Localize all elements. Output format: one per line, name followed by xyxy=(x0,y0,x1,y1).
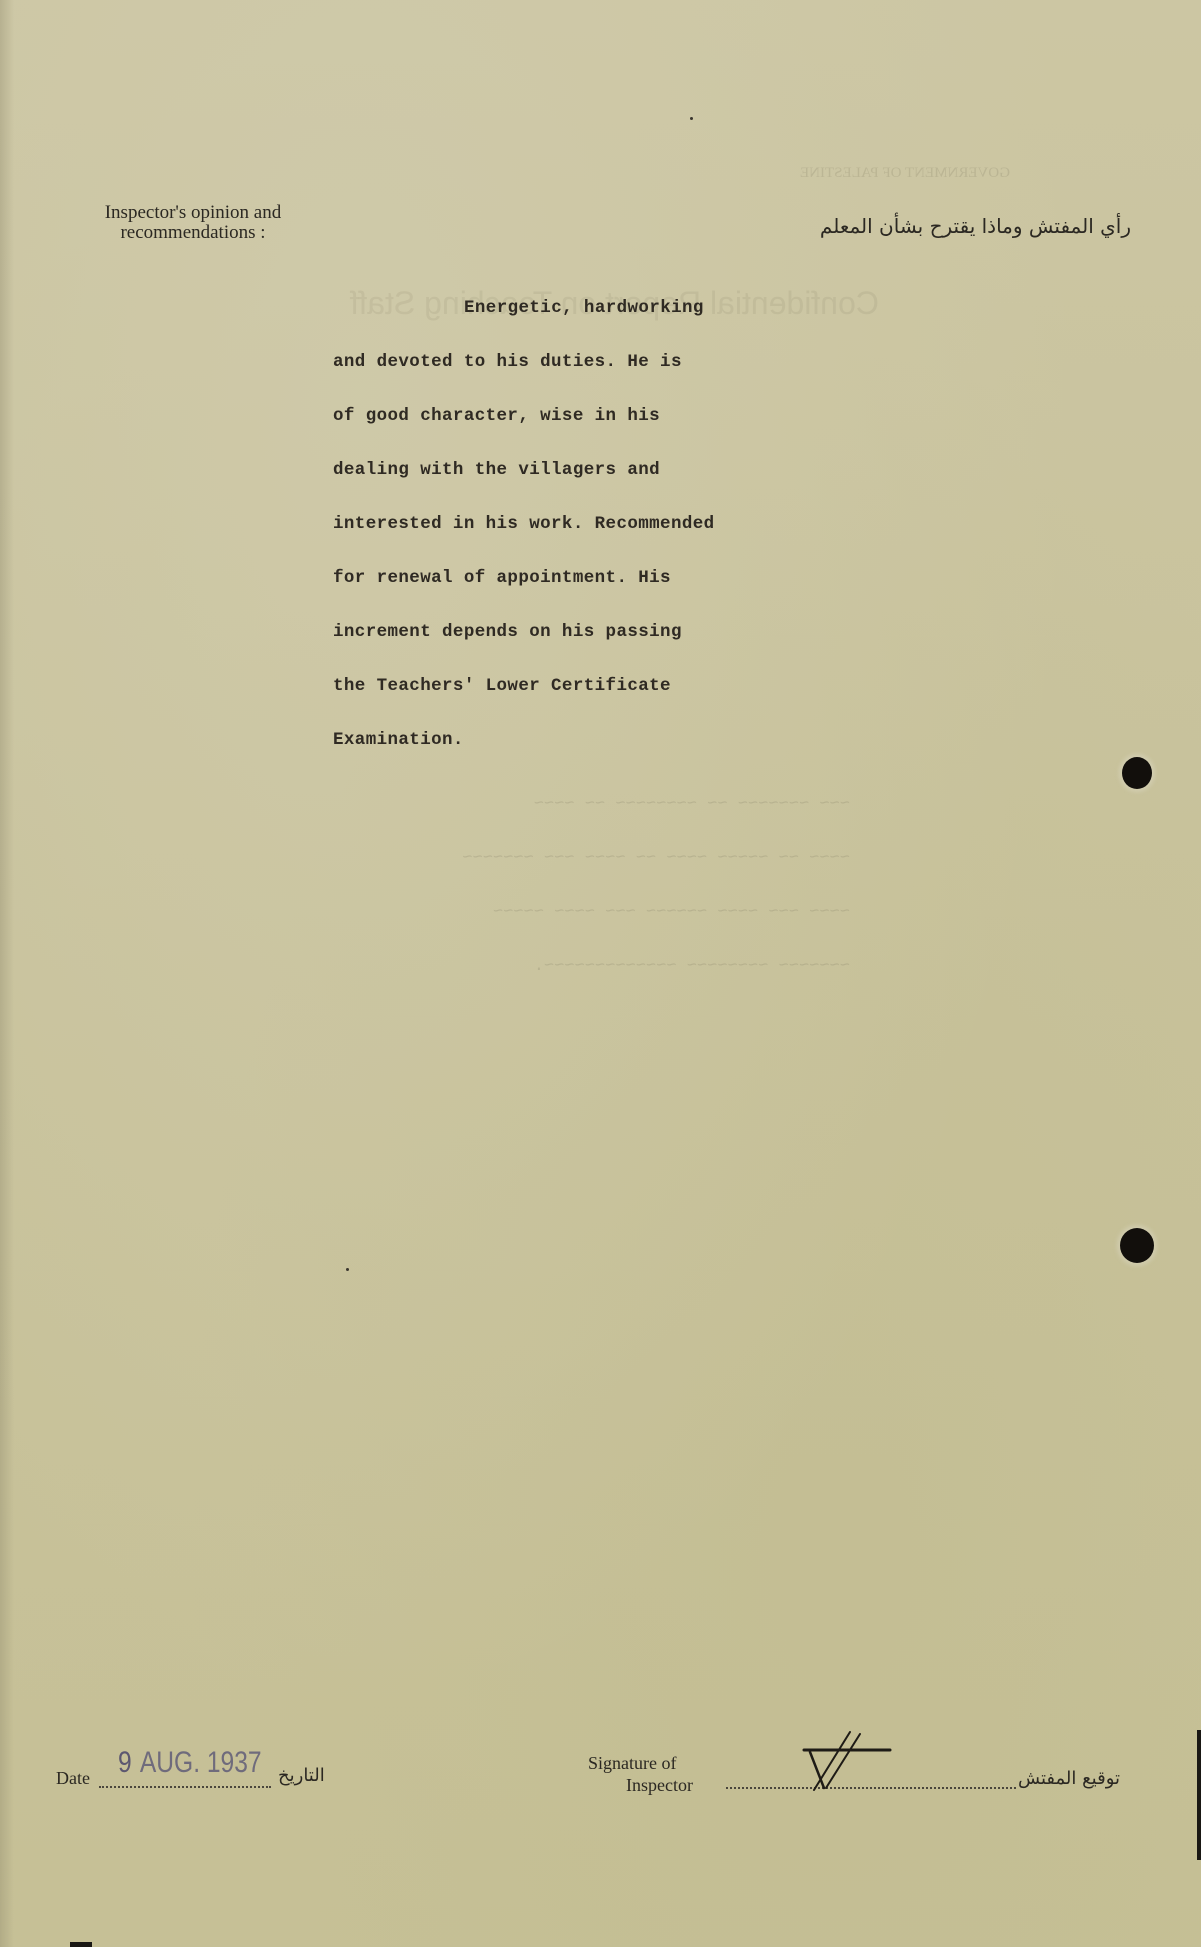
typed-line: Energetic, hardworking xyxy=(333,281,893,335)
inspector-signature-icon xyxy=(790,1728,900,1798)
inspector-opinion-label-arabic: رأي المفتش وماذا يقترح بشأن المعلم xyxy=(820,214,1131,238)
date-stamp: 9AUG. 1937 xyxy=(118,1746,262,1780)
signature-label-line1: Signature of xyxy=(588,1753,676,1773)
paper-speck xyxy=(346,1268,349,1271)
typed-line: dealing with the villagers and xyxy=(333,443,893,497)
inspector-opinion-label: Inspector's opinion and recommendations … xyxy=(58,203,328,243)
paper-left-edge-shadow xyxy=(0,0,14,1947)
punch-hole-upper-icon xyxy=(1122,757,1152,789)
signature-label: Signature of Inspector xyxy=(588,1752,693,1796)
inspector-opinion-text: Energetic, hardworking and devoted to hi… xyxy=(333,281,893,767)
inspector-opinion-label-line2: recommendations : xyxy=(58,223,328,243)
punch-hole-lower-icon xyxy=(1120,1228,1154,1263)
document-page: GOVERNMENT OF PALESTINE Confidential Rep… xyxy=(0,0,1201,1947)
signature-label-arabic: توقيع المفتش xyxy=(1018,1768,1120,1789)
typed-line: of good character, wise in his xyxy=(333,389,893,443)
signature-label-line2: Inspector xyxy=(588,1774,693,1796)
paper-bottom-mark xyxy=(70,1942,92,1947)
paper-right-edge-shadow xyxy=(1197,1730,1201,1860)
typed-line: for renewal of appointment. His xyxy=(333,551,893,605)
typed-line: Examination. xyxy=(333,713,893,767)
inspector-opinion-label-line1: Inspector's opinion and xyxy=(58,203,328,223)
date-label: Date xyxy=(56,1768,90,1789)
bleed-through-paragraph: ~~~ ~~~~~~~ ~~ ~~~~~~~~ ~~ ~~~~ ~~~~ ~~ … xyxy=(330,778,850,994)
bleed-through-header: GOVERNMENT OF PALESTINE xyxy=(800,165,1010,182)
typed-line: increment depends on his passing xyxy=(333,605,893,659)
typed-line: and devoted to his duties. He is xyxy=(333,335,893,389)
date-label-arabic: التاريخ xyxy=(278,1765,325,1786)
typed-line: interested in his work. Recommended xyxy=(333,497,893,551)
typed-line: the Teachers' Lower Certificate xyxy=(333,659,893,713)
paper-speck xyxy=(690,117,693,120)
date-stamp-month-year: AUG. 1937 xyxy=(140,1746,262,1779)
date-stamp-day: 9 xyxy=(118,1746,132,1779)
